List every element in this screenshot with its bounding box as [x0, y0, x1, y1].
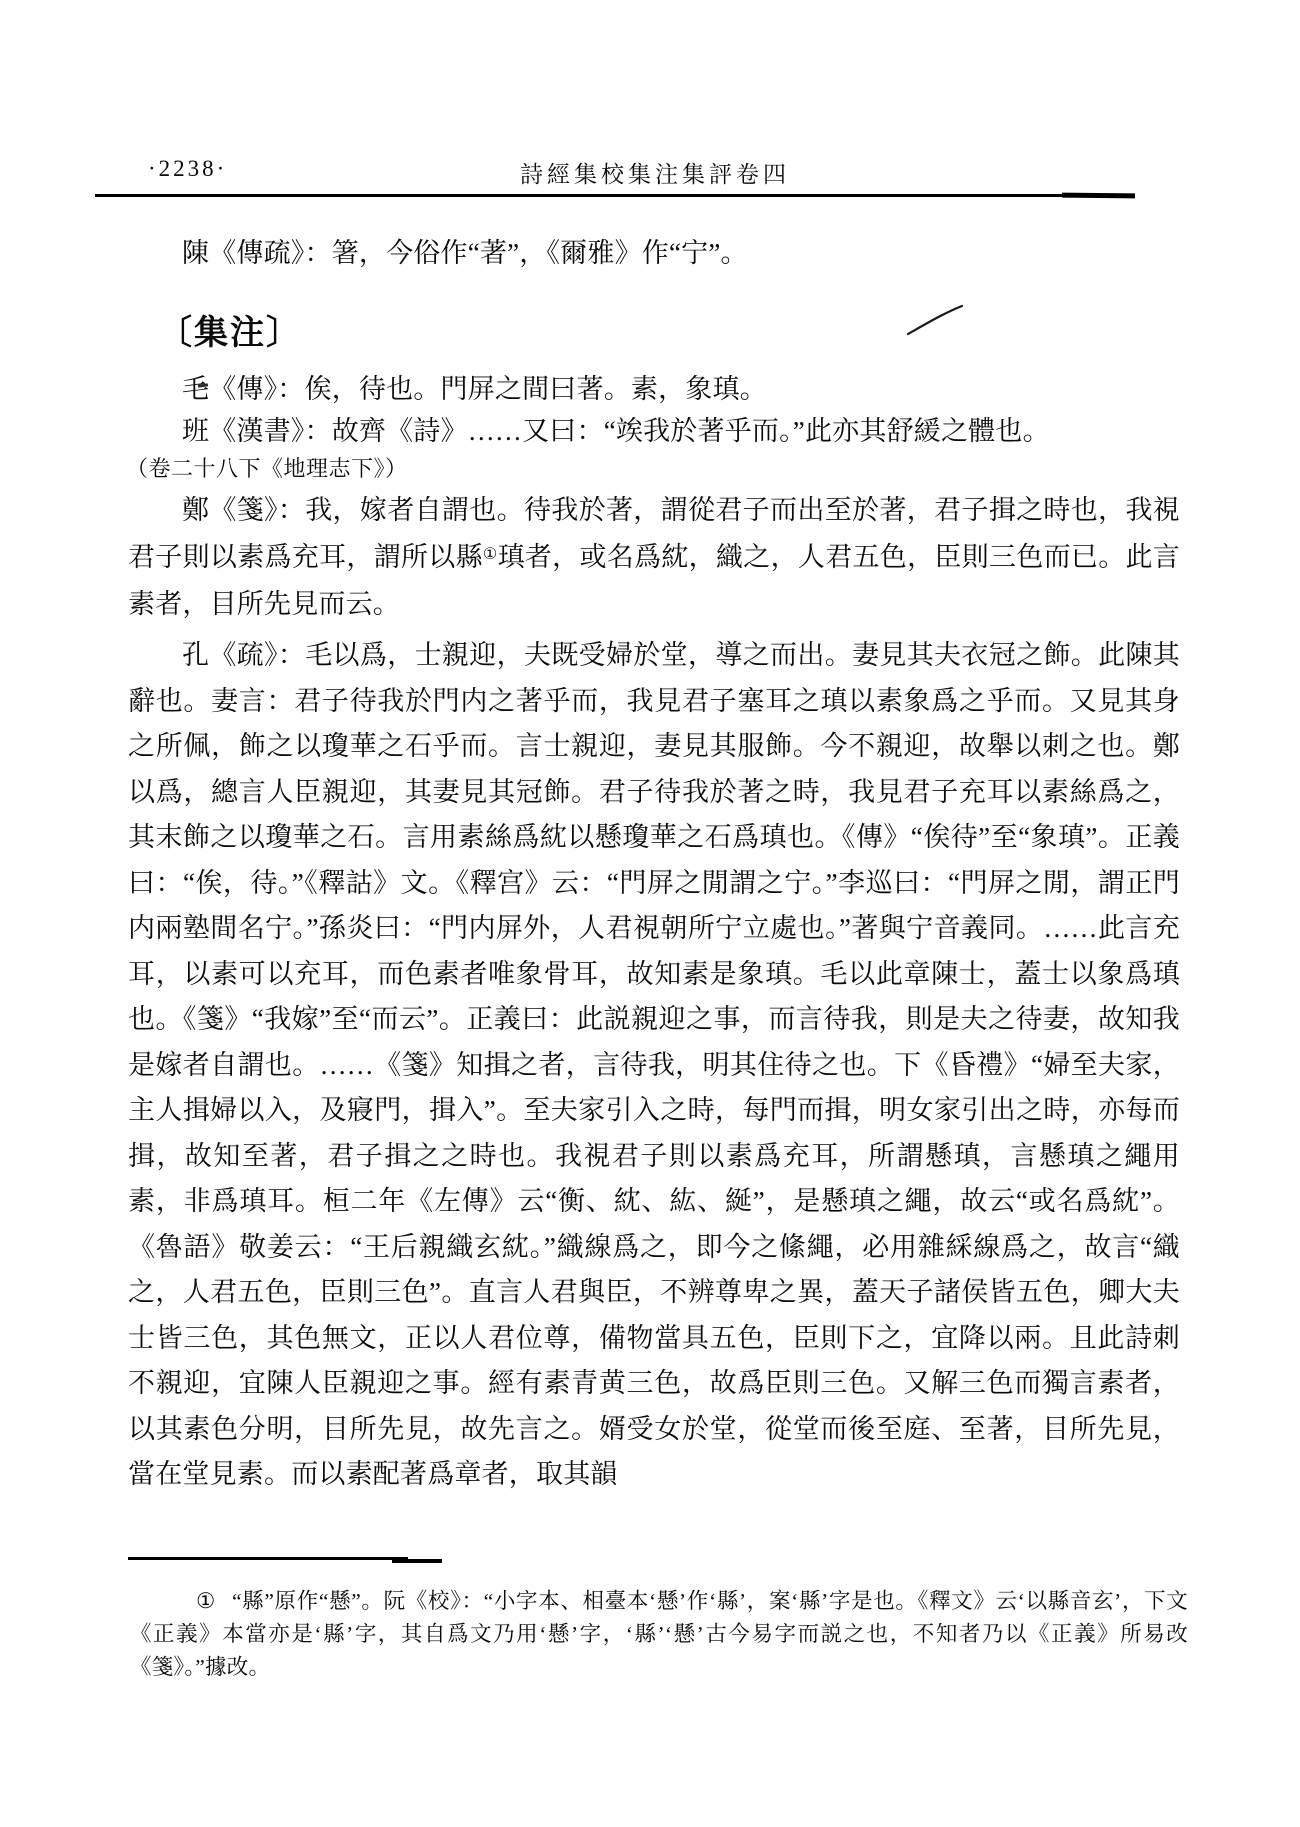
- source-citation: （卷二十八下《地理志下》）: [126, 452, 408, 483]
- footnote-reference-1: ①: [483, 546, 498, 563]
- paragraph-zheng-jian: 鄭《箋》：我，嫁者自謂也。待我於著，謂從君子而出至於著，君子揖之時也，我視君子則…: [128, 487, 1180, 628]
- section-heading-jizhu: 〔集注〕: [158, 305, 302, 354]
- pen-stroke-mark: [904, 302, 966, 338]
- paragraph-kong-shu: 孔《疏》：毛以爲，士親迎，夫既受婦於堂，導之而出。妻見其夫衣冠之飾。此陳其辭也。…: [128, 633, 1180, 1498]
- footnote-text: “縣”原作“懸”。阮《校》：“小字本、相臺本‘懸’作‘縣’，案‘縣’字是也。《釋…: [130, 1589, 1188, 1679]
- footnote-1: ①“縣”原作“懸”。阮《校》：“小字本、相臺本‘懸’作‘縣’，案‘縣’字是也。《…: [130, 1585, 1188, 1684]
- paragraph-chen-chuanshu: 陳《傳疏》：箸，今俗作“著”，《爾雅》作“宁”。: [128, 231, 1180, 277]
- header-rule-thick-end: [1062, 193, 1135, 199]
- footnote-marker-1: ①: [196, 1589, 216, 1613]
- header-rule: [95, 194, 1135, 197]
- footnote-separator-rule: [128, 1557, 408, 1560]
- book-page: ·2238· 詩經集校集注集評卷四 陳《傳疏》：箸，今俗作“著”，《爾雅》作“宁…: [0, 0, 1300, 1827]
- paragraph-mao-zhuan: 毛《傳》：俟，待也。門屏之間曰著。素，象瑱。: [128, 367, 1180, 413]
- running-title: 詩經集校集注集評卷四: [0, 156, 1300, 189]
- footnote-separator-rule-end: [392, 1559, 442, 1563]
- paragraph-ban-hanshu: 班《漢書》：故齊《詩》……又曰：“竢我於著乎而。”此亦其舒緩之體也。: [128, 409, 1180, 455]
